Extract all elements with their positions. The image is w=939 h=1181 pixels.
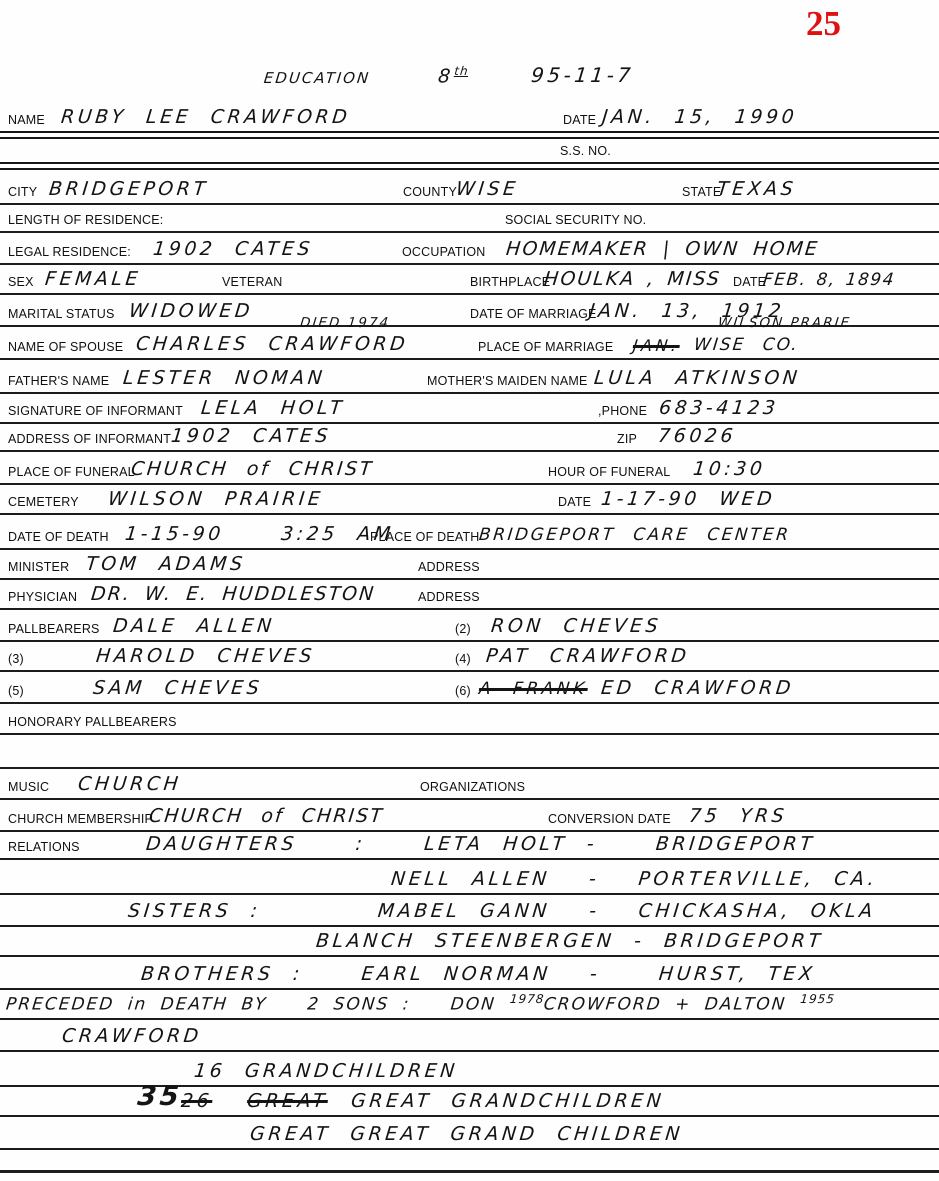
pallbearer-4-value: PAT CRAWFORD xyxy=(485,645,691,667)
hour-of-funeral-value: 10:30 xyxy=(692,458,767,480)
mothers-maiden-name-label: MOTHER'S MAIDEN NAME xyxy=(427,374,588,389)
occupation-value: HOMEMAKER | OWN HOME xyxy=(505,238,820,260)
great-grandchildren-row: 35 26 GREAT GREAT GRANDCHILDREN xyxy=(0,1085,939,1117)
preceded-in-death-text: PRECEDED in DEATH BY 2 SONS : DON 1978CR… xyxy=(5,992,836,1015)
header-row: EDUCATION 8th 95-11-7 xyxy=(0,50,939,90)
cemetery-label: CEMETERY xyxy=(8,495,79,510)
physician-value: DR. W. E. HUDDLESTON xyxy=(90,583,377,605)
name-value: RUBY LEE CRAWFORD xyxy=(60,106,352,128)
file-number: 95-11-7 xyxy=(530,63,635,87)
minister-row: MINISTER TOM ADAMS ADDRESS xyxy=(0,548,939,580)
name-row: NAME RUBY LEE CRAWFORD DATE JAN. 15, 199… xyxy=(0,99,939,131)
relations-daughters-value: DAUGHTERS : LETA HOLT - BRIDGEPORT xyxy=(145,833,816,855)
address-of-informant-value: 1902 CATES xyxy=(170,425,332,447)
place-of-marriage-value: WISE CO. xyxy=(693,335,800,355)
pallbearer-1-value: DALE ALLEN xyxy=(112,615,276,637)
minister-address-label: ADDRESS xyxy=(418,560,480,575)
name-label: NAME xyxy=(8,113,45,128)
crawford-continuation-row: CRAWFORD xyxy=(0,1020,939,1052)
dalton-death-year: 1955 xyxy=(800,992,836,1006)
education-label-handwritten: EDUCATION xyxy=(263,69,371,87)
scan-bottom-edge xyxy=(0,1170,939,1173)
city-value: BRIDGEPORT xyxy=(48,178,210,200)
blank-ruled-line xyxy=(0,737,939,769)
signature-of-informant-value: LELA HOLT xyxy=(200,397,346,419)
zip-value: 76026 xyxy=(657,425,737,447)
cemetery-date-value: 1-17-90 WED xyxy=(600,488,776,510)
cemetery-date-label: DATE xyxy=(558,495,591,510)
pallbearer-3-label: (3) xyxy=(8,652,24,667)
physician-address-label: ADDRESS xyxy=(418,590,480,605)
place-of-funeral-value: CHURCH of CHRIST xyxy=(130,458,375,480)
crawford-continuation-value: CRAWFORD xyxy=(61,1025,203,1047)
informant-address-row: ADDRESS OF INFORMANT 1902 CATES ZIP 7602… xyxy=(0,420,939,452)
birth-date-value: FEB. 8, 1894 xyxy=(762,270,896,290)
legal-residence-row: LEGAL RESIDENCE: 1902 CATES OCCUPATION H… xyxy=(0,233,939,265)
relations-line-blanch: BLANCH STEENBERGEN - BRIDGEPORT xyxy=(0,925,939,957)
county-label: COUNTY xyxy=(403,185,457,200)
place-of-funeral-row: PLACE OF FUNERAL CHURCH of CHRIST HOUR O… xyxy=(0,453,939,485)
honorary-pallbearers-row: HONORARY PALLBEARERS xyxy=(0,703,939,735)
cemetery-row: CEMETERY WILSON PRAIRIE DATE 1-17-90 WED xyxy=(0,483,939,515)
fathers-name-value: LESTER NOMAN xyxy=(122,367,327,389)
relations-row: RELATIONS DAUGHTERS : LETA HOLT - BRIDGE… xyxy=(0,828,939,860)
phone-label: ,PHONE xyxy=(598,404,647,419)
address-of-informant-label: ADDRESS OF INFORMANT xyxy=(8,432,171,447)
name-of-spouse-value: CHARLES CRAWFORD xyxy=(135,333,409,355)
conversion-date-value: 75 YRS xyxy=(688,805,788,827)
signature-of-informant-label: SIGNATURE OF INFORMANT xyxy=(8,404,183,419)
minister-label: MINISTER xyxy=(8,560,69,575)
phone-value: 683-4123 xyxy=(658,397,780,419)
church-membership-value: CHURCH of CHRIST xyxy=(148,805,385,827)
double-rule xyxy=(0,162,939,170)
daughter-nell-value: NELL ALLEN - PORTERVILLE, CA. xyxy=(390,868,879,890)
veteran-label: VETERAN xyxy=(222,275,282,290)
minister-value: TOM ADAMS xyxy=(85,553,247,575)
pallbearer-6-label: (6) xyxy=(455,684,471,699)
name-of-spouse-label: NAME OF SPOUSE xyxy=(8,340,123,355)
scanned-funeral-record-form: 25 EDUCATION 8th 95-11-7 NAME RUBY LEE C… xyxy=(0,0,939,1181)
great-grandchildren-count: 35 xyxy=(136,1081,184,1112)
physician-row: PHYSICIAN DR. W. E. HUDDLESTON ADDRESS xyxy=(0,578,939,610)
education-grade-value: 8th xyxy=(437,64,469,87)
zip-label: ZIP xyxy=(617,432,637,447)
birthplace-label: BIRTHPLACE xyxy=(470,275,550,290)
music-row: MUSIC CHURCH ORGANIZATIONS xyxy=(0,768,939,800)
don-death-year: 1978 xyxy=(509,992,545,1006)
sex-value: FEMALE xyxy=(44,268,142,290)
ssn-row: S.S. NO. xyxy=(0,134,939,162)
church-membership-label: CHURCH MEMBERSHIP xyxy=(8,812,153,827)
date-of-death-label: DATE OF DEATH xyxy=(8,530,109,545)
place-of-death-value: BRIDGEPORT CARE CENTER xyxy=(478,525,792,545)
place-of-death-label: PLACE OF DEATH xyxy=(370,530,480,545)
date-of-death-row: DATE OF DEATH 1-15-90 3:25 AM PLACE OF D… xyxy=(0,518,939,550)
pallbearer-2-label: (2) xyxy=(455,622,471,637)
sex-row: SEX FEMALE VETERAN BIRTHPLACE HOULKA , M… xyxy=(0,263,939,295)
great-grandchildren-text: GREAT GRANDCHILDREN xyxy=(350,1090,666,1112)
music-value: CHURCH xyxy=(77,773,183,795)
relations-line-sisters: SISTERS : MABEL GANN - CHICKASHA, OKLA xyxy=(0,895,939,927)
pallbearers-row-1: PALLBEARERS DALE ALLEN (2) RON CHEVES xyxy=(0,610,939,642)
birthplace-value: HOULKA , MISS xyxy=(543,268,722,290)
legal-residence-value: 1902 CATES xyxy=(152,238,314,260)
spouse-died-note: DIED 1974 xyxy=(299,315,391,331)
great-grandchildren-struck-count: 26 xyxy=(180,1090,213,1112)
conversion-date-label: CONVERSION DATE xyxy=(548,812,671,827)
pallbearer-3-value: HAROLD CHEVES xyxy=(95,645,316,667)
legal-residence-label: LEGAL RESIDENCE: xyxy=(8,245,131,260)
pallbearers-row-3: (5) SAM CHEVES (6) A FRANK ED CRAWFORD xyxy=(0,672,939,704)
relations-label: RELATIONS xyxy=(8,840,80,855)
place-of-marriage-label: PLACE OF MARRIAGE xyxy=(478,340,613,355)
grandchildren-count-value: 16 GRANDCHILDREN xyxy=(193,1060,459,1082)
great-grandchildren-struck-word: GREAT xyxy=(246,1090,329,1112)
sisters-value: SISTERS : MABEL GANN - CHICKASHA, OKLA xyxy=(127,900,877,922)
date-label: DATE xyxy=(563,113,596,128)
county-value: WISE xyxy=(455,178,520,200)
pallbearer-4-label: (4) xyxy=(455,652,471,667)
honorary-pallbearers-label: HONORARY PALLBEARERS xyxy=(8,715,177,730)
spouse-row: NAME OF SPOUSE CHARLES CRAWFORD DIED 197… xyxy=(0,316,939,360)
place-of-funeral-label: PLACE OF FUNERAL xyxy=(8,465,135,480)
mothers-maiden-name-value: LULA ATKINSON xyxy=(593,367,802,389)
state-value: TEXAS xyxy=(716,178,797,200)
preceded-in-death-row: PRECEDED in DEATH BY 2 SONS : DON 1978CR… xyxy=(0,978,939,1020)
page-number: 25 xyxy=(806,4,841,44)
city-label: CITY xyxy=(8,185,37,200)
fathers-name-label: FATHER'S NAME xyxy=(8,374,109,389)
hour-of-funeral-label: HOUR OF FUNERAL xyxy=(548,465,670,480)
place-of-marriage-note: WILSON PRARIE xyxy=(717,315,852,331)
organizations-label: ORGANIZATIONS xyxy=(420,780,525,795)
sister-blanch-value: BLANCH STEENBERGEN - BRIDGEPORT xyxy=(315,930,825,952)
date-value: JAN. 15, 1990 xyxy=(601,106,798,128)
physician-label: PHYSICIAN xyxy=(8,590,77,605)
pallbearers-row-2: (3) HAROLD CHEVES (4) PAT CRAWFORD xyxy=(0,640,939,672)
pallbearer-5-value: SAM CHEVES xyxy=(92,677,263,699)
social-security-no-label: SOCIAL SECURITY NO. xyxy=(505,213,646,228)
relations-line-nell: NELL ALLEN - PORTERVILLE, CA. xyxy=(0,863,939,895)
place-of-marriage-struck: JAN. xyxy=(632,336,681,355)
pallbearer-2-value: RON CHEVES xyxy=(490,615,662,637)
great-great-grandchildren-text: GREAT GREAT GRAND CHILDREN xyxy=(249,1123,684,1145)
date-of-death-value: 1-15-90 xyxy=(124,523,225,545)
sex-label: SEX xyxy=(8,275,34,290)
cemetery-value: WILSON PRAIRIE xyxy=(107,488,325,510)
occupation-label: OCCUPATION xyxy=(402,245,485,260)
ss-no-label: S.S. NO. xyxy=(560,144,611,159)
pallbearer-5-label: (5) xyxy=(8,684,24,699)
great-great-grandchildren-row: GREAT GREAT GRAND CHILDREN xyxy=(0,1118,939,1150)
residence-length-row: LENGTH OF RESIDENCE: SOCIAL SECURITY NO. xyxy=(0,201,939,233)
fathers-name-row: FATHER'S NAME LESTER NOMAN MOTHER'S MAID… xyxy=(0,362,939,394)
pallbearer-6-value: ED CRAWFORD xyxy=(600,677,795,699)
length-of-residence-label: LENGTH OF RESIDENCE: xyxy=(8,213,163,228)
pallbearer-6-struck: A FRANK xyxy=(478,679,589,699)
pallbearers-label: PALLBEARERS xyxy=(8,622,100,637)
music-label: MUSIC xyxy=(8,780,49,795)
